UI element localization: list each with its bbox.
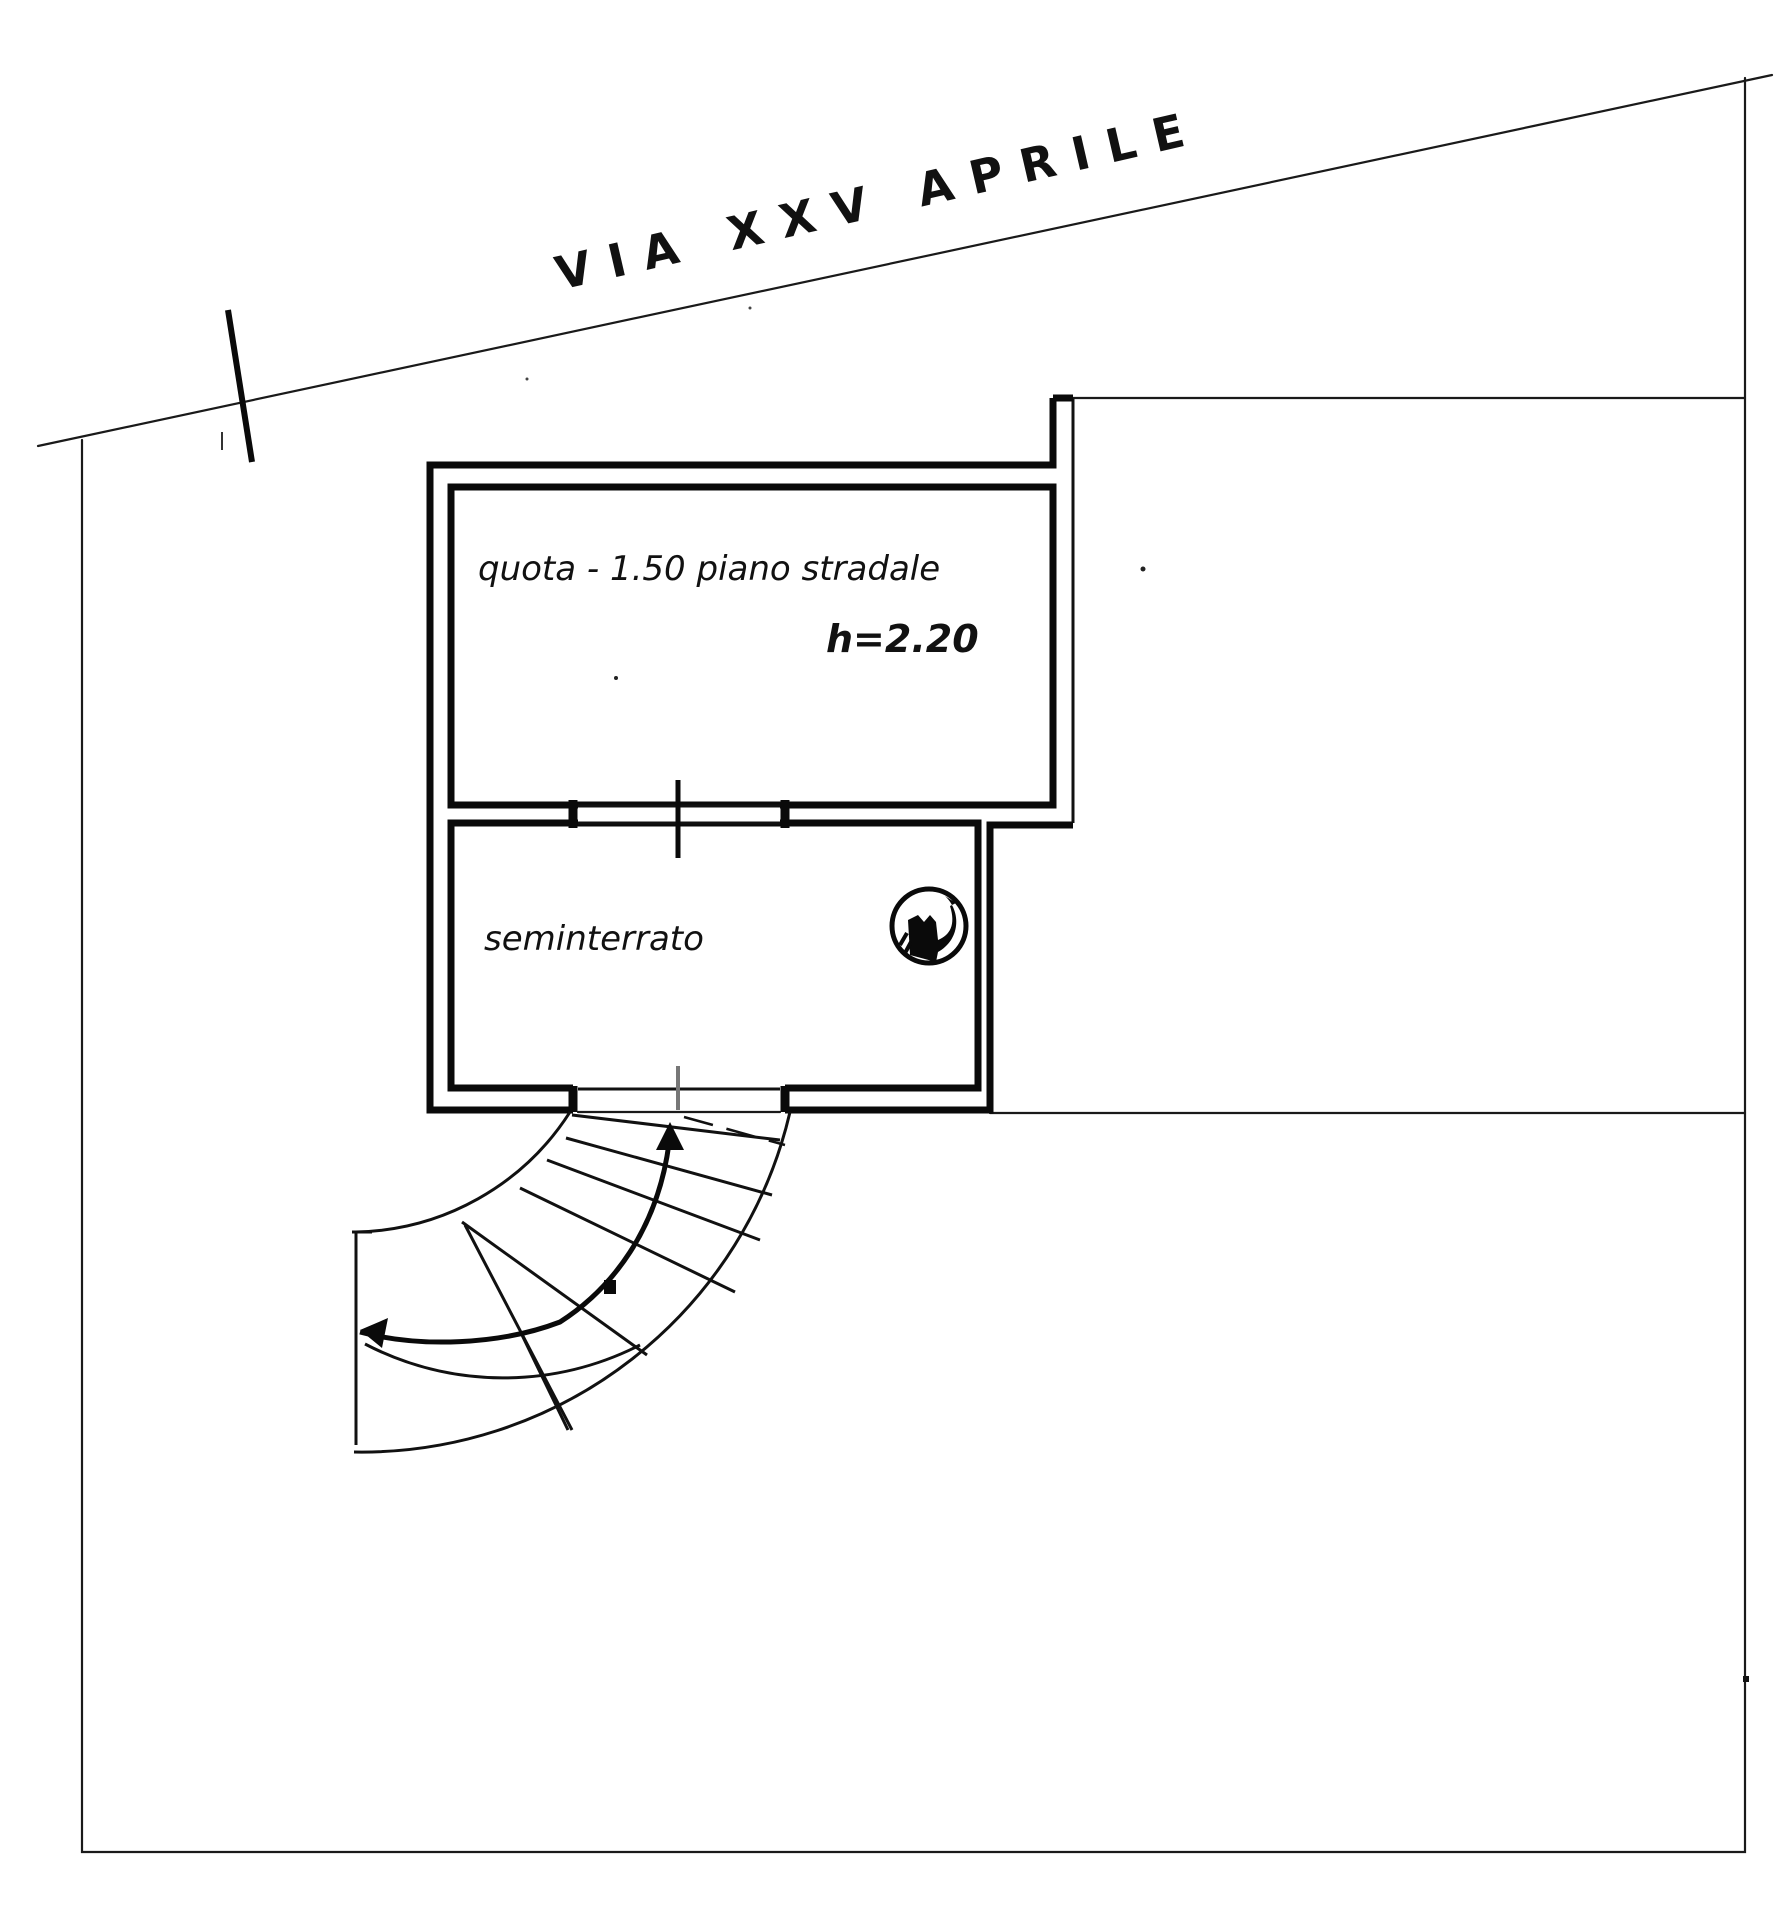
floor-plan-drawing: VIA XXV APRILE: [0, 0, 1777, 1920]
stair-inner-arc: [356, 1112, 570, 1232]
stair-outer-arc: [354, 1112, 790, 1452]
boiler-symbol-icon: [892, 889, 966, 963]
upper-room-height: h=2.20: [826, 617, 979, 661]
stair-walking-line-mark: [604, 1280, 616, 1294]
scan-dot: [1743, 1676, 1749, 1682]
scan-dot: [526, 378, 529, 381]
scan-dot: [749, 307, 752, 310]
spiral-staircase: [352, 1112, 790, 1452]
stair-tread: [462, 1222, 647, 1355]
scan-dot: [614, 676, 618, 680]
lot-boundary: [82, 78, 1745, 1852]
building-outer-wall: [430, 398, 1053, 1110]
stair-mid-arc: [365, 1344, 640, 1378]
boundary-tick-mark: [228, 310, 252, 462]
stair-arrow-down-icon: [360, 1318, 388, 1348]
building-outer-wall-right: [785, 825, 1073, 1110]
upper-room-label: quota - 1.50 piano stradale: [478, 549, 940, 589]
stair-tread: [522, 1335, 568, 1430]
street-label: VIA XXV APRILE: [550, 99, 1207, 300]
street-boundary-line: [38, 75, 1772, 446]
scan-dot: [1141, 567, 1146, 572]
stair-tread: [520, 1188, 735, 1292]
lower-room-label: seminterrato: [484, 919, 704, 959]
stair-tread: [465, 1225, 572, 1430]
